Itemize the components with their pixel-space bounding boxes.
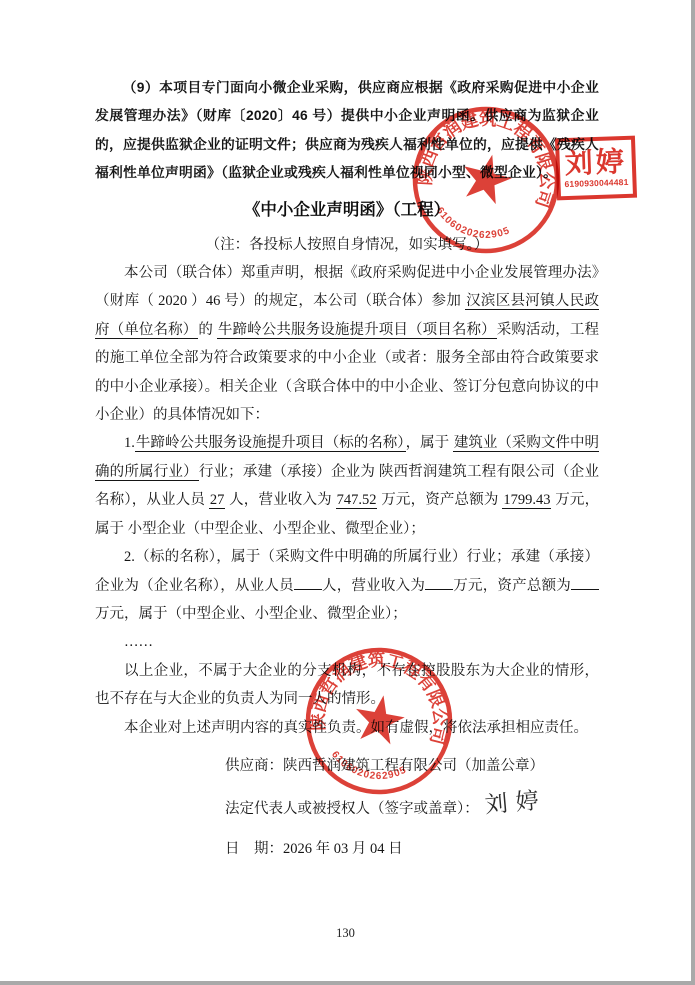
item2-employees-blank — [294, 575, 322, 590]
page-number: 130 — [0, 926, 691, 941]
project-name-underlined: 牛蹄岭公共服务设施提升项目（项目名称） — [217, 322, 497, 339]
name-stamp-number: 6190930044481 — [564, 177, 628, 189]
item1-number: 1. — [124, 435, 135, 451]
item1-text-1: ，属于 — [406, 435, 450, 451]
item1-subject-underlined: 牛蹄岭公共服务设施提升项目（标的名称） — [135, 435, 406, 452]
item1-text-4: 万元，资产总额为 — [381, 492, 498, 508]
item1-revenue-underlined: 747.52 — [336, 492, 378, 509]
company-seal-svg: 陕西哲润建筑工程有限公司 6106020262905 — [286, 628, 471, 813]
date-line: 日 期：2026 年 03 月 04 日 — [225, 829, 599, 869]
svg-text:6106020262905: 6106020262905 — [429, 204, 514, 249]
name-stamp: 刘婷 6190930044481 — [555, 136, 637, 201]
decl-text-2: 的 — [198, 322, 213, 338]
item-2-paragraph: 2.（标的名称），属于（采购文件中明确的所属行业）行业；承建（承接）企业为（企业… — [95, 543, 599, 628]
company-seal-stamp-bottom: 陕西哲润建筑工程有限公司 6106020262905 — [286, 628, 471, 813]
star-icon — [457, 149, 516, 207]
item1-employees-underlined: 27 — [209, 492, 226, 509]
item1-assets-underlined: 1799.43 — [502, 492, 551, 509]
seal-number: 6106020262905 — [429, 204, 514, 249]
declaration-paragraph: 本公司（联合体）郑重声明，根据《政府采购促进中小企业发展管理办法》（财库（ 20… — [95, 259, 599, 429]
item2-text-4: 万元，属于（中型企业、小型企业、微型企业）； — [95, 606, 407, 622]
item2-text-2: 人，营业收入为 — [322, 578, 425, 594]
name-stamp-name: 刘婷 — [564, 146, 627, 179]
item2-text-3: 万元，资产总额为 — [453, 578, 571, 594]
item-1-paragraph: 1.牛蹄岭公共服务设施提升项目（标的名称），属于 建筑业（采购文件中明确的所属行… — [95, 429, 599, 543]
item2-assets-blank — [571, 575, 599, 590]
document-page: （9）本项目专门面向小微企业采购，供应商应根据《政府采购促进中小企业发展管理办法… — [0, 0, 695, 985]
item2-revenue-blank — [425, 575, 453, 590]
star-icon — [351, 691, 408, 746]
item1-text-3: 人，营业收入为 — [229, 492, 332, 508]
handwritten-signature: 刘婷 — [483, 780, 548, 825]
